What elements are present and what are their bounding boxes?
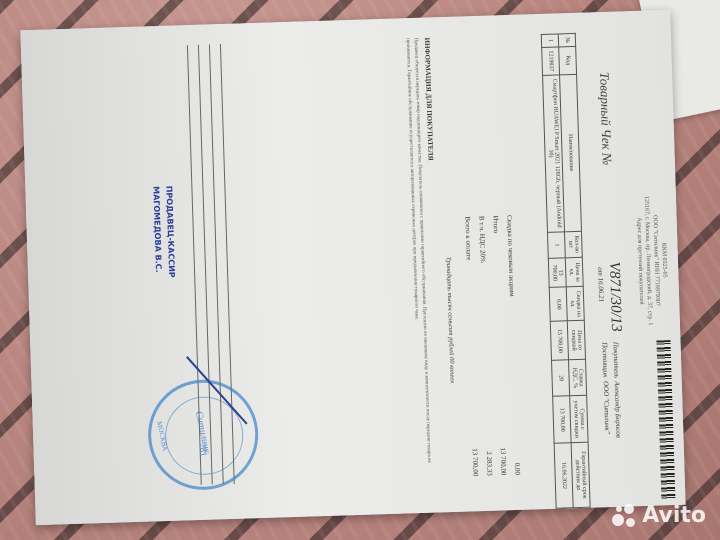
cell: 16.06.2022 <box>554 443 573 508</box>
cell: 20 <box>552 360 570 397</box>
totals: Скидка по чековым акциям0,00 Итого13 700… <box>460 215 524 477</box>
total-label: В т.ч. НДС 20% <box>474 216 489 263</box>
seller-value: ООО "Ситилинк" <box>602 381 612 434</box>
total-label: Скидка по чековым акциям <box>502 215 519 297</box>
col-header: Кол-во шт <box>564 231 582 258</box>
total-value: 2 283,33 <box>482 451 497 476</box>
col-header: Сумма с учетом скидки <box>570 395 588 442</box>
total-value: 13 700,00 <box>468 448 483 476</box>
col-header: Код <box>559 46 577 75</box>
amount-in-words: Тринадцать тысяч семьсот рублей 00 копее… <box>445 257 456 384</box>
receipt-date: от 16.06.21 <box>596 267 605 302</box>
receipt-content: ККМ 0325-05 ООО "Ситилинк" ИНН 771897930… <box>20 10 685 525</box>
avito-brand-text: Avito <box>642 503 706 528</box>
col-header: Ставка НДС, % <box>569 360 587 397</box>
col-header: Скидка на ед. <box>566 287 584 322</box>
receipt-title: Товарный Чек № <box>596 72 615 166</box>
seller-stamp: ПРОДАВЕЦ-КАССИР МАГОМЕДОВА В.С. <box>149 186 178 279</box>
cell: 13 700,00 <box>553 396 571 443</box>
total-value: 13 700,00 <box>496 447 511 475</box>
total-label: Итого <box>488 215 503 233</box>
avito-watermark: Avito <box>612 503 706 528</box>
cell: 13 700,00 <box>548 258 566 288</box>
col-header: Цена за ед. <box>565 257 583 287</box>
cell: 1219837 <box>542 47 560 76</box>
buyer-label: Покупатель <box>611 342 620 378</box>
items-table: № Код Наименование Кол-во шт Цена за ед.… <box>541 33 591 509</box>
cell: 0,00 <box>549 287 567 322</box>
avito-logo-icon <box>612 504 638 528</box>
cell: 13 700,00 <box>550 321 568 360</box>
receipt-header: ККМ 0325-05 ООО "Ситилинк" ИНН 771897930… <box>629 50 674 471</box>
cell: 1 <box>547 232 565 259</box>
info-title: ИНФОРМАЦИЯ ДЛЯ ПОКУПАТЕЛЯ <box>423 37 435 160</box>
receipt-number: V871/30/13 <box>605 262 624 332</box>
buyer-value: Александр Борисов <box>613 381 623 438</box>
cell: 1 <box>541 34 558 47</box>
total-label: Всего к оплате <box>460 216 475 260</box>
receipt-paper: ККМ 0325-05 ООО "Ситилинк" ИНН 771897930… <box>20 10 685 525</box>
col-header: № <box>558 33 575 46</box>
col-header: Гарантийный срок действия до <box>571 442 590 507</box>
seller-label: Поставщик <box>600 342 609 378</box>
total-value: 0,00 <box>510 462 524 475</box>
parties: Покупатель Александр Борисов Поставщик О… <box>598 342 623 439</box>
col-header: Цена со скидкой <box>567 321 585 360</box>
